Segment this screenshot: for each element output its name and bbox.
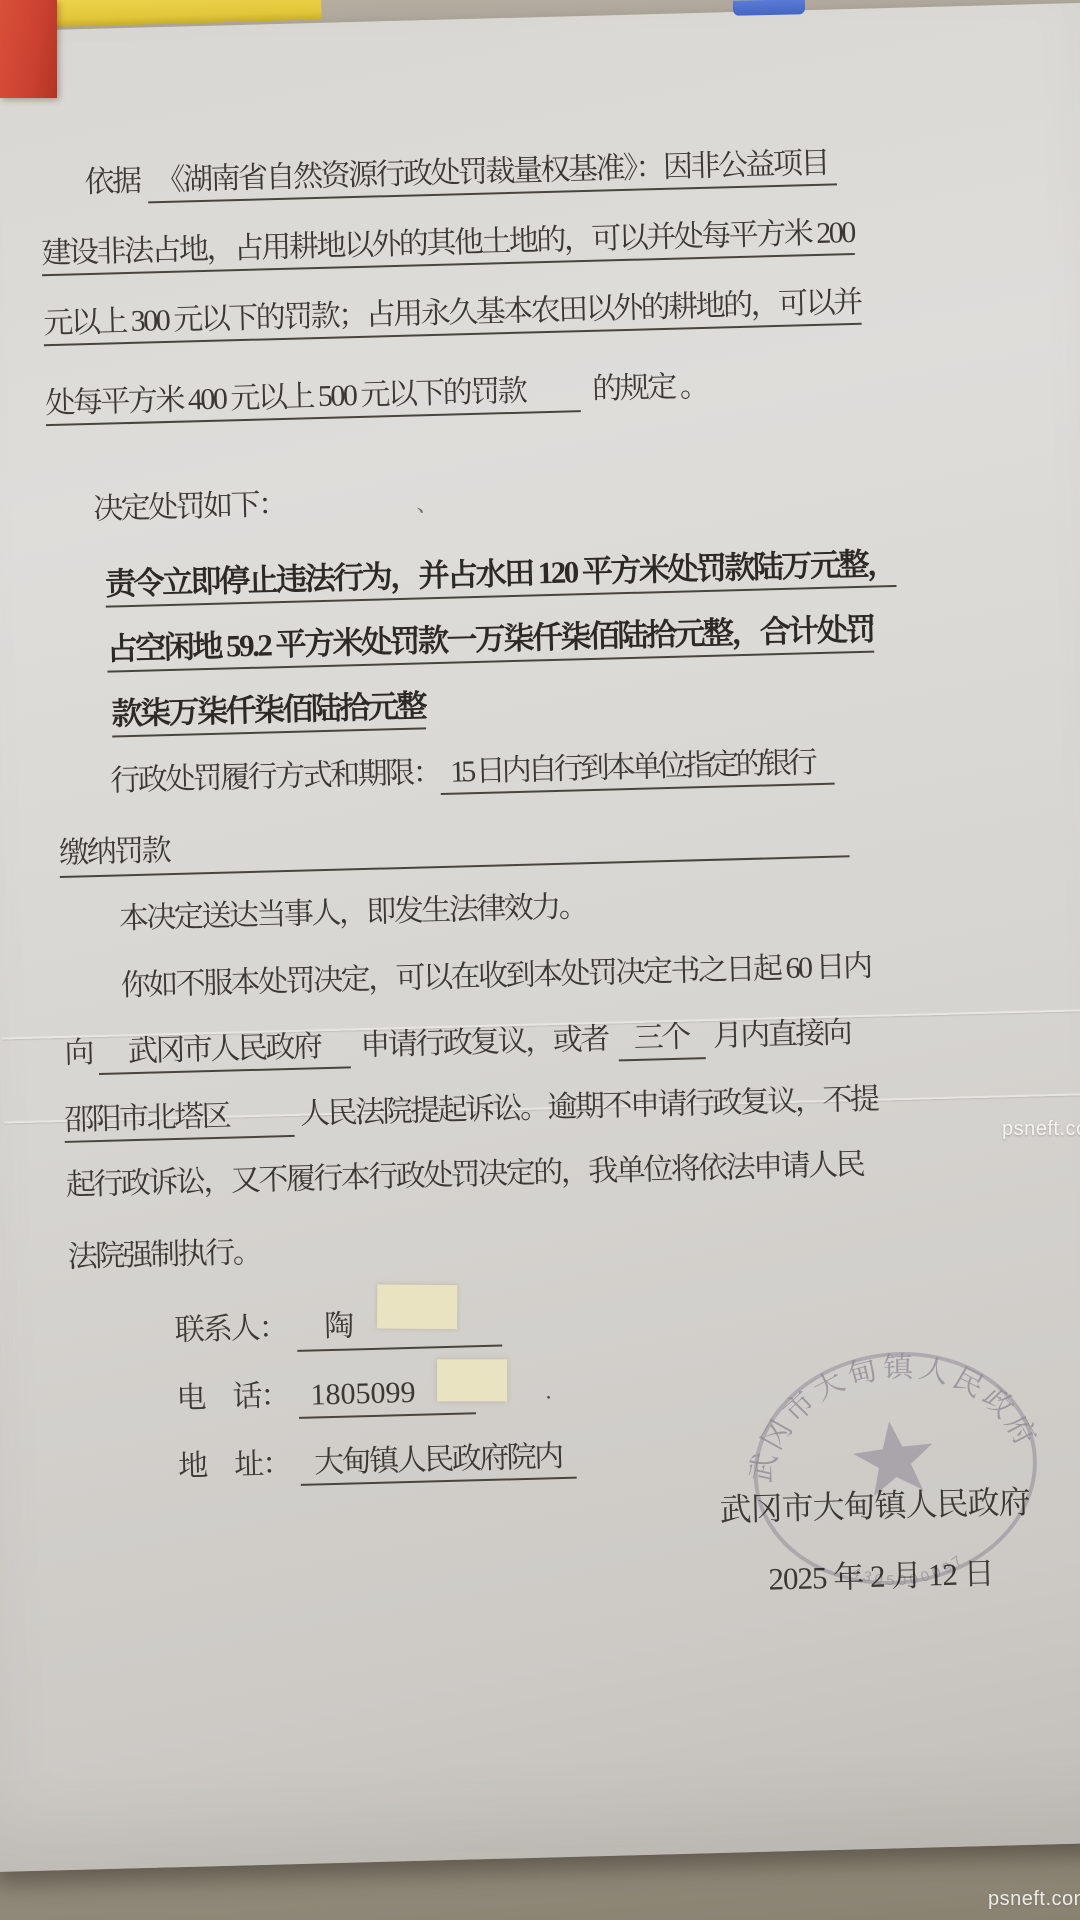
- clause-basis-line4: 处每平方米 400 元以上 500 元以下的罚款的规定 。: [45, 361, 708, 422]
- blue-object: [733, 0, 805, 16]
- penalty-text: 占空闲地 59.2 平方米处罚款一万柒仟柒佰陆拾元整，合计处罚: [106, 612, 874, 673]
- basis-citation: 《湖南省自然资源行政处罚裁量权基准》：因非公益项目: [147, 146, 836, 203]
- review-authority: 武冈市人民政府: [98, 1029, 351, 1075]
- appeal-pre: 向: [64, 1036, 92, 1070]
- contact-label: 联系人：: [174, 1311, 287, 1347]
- basis-text: 处每平方米 400 元以上 500 元以下的罚款: [45, 373, 581, 426]
- official-seal: 武冈市大甸镇人民政府 4305000097: [731, 1328, 1061, 1614]
- decision-heading: 决定处罚如下：: [93, 479, 287, 528]
- address-label: 地 址：: [178, 1447, 291, 1483]
- basis-label: 依据: [84, 165, 140, 199]
- watermark: psneft.com: [988, 1888, 1080, 1911]
- photo-scene: { "doc": { "l1_label": "依据", "l1_value":…: [0, 0, 1080, 1920]
- payment-line: 缴纳罚款: [59, 807, 850, 878]
- svg-text:4305000097: 4305000097: [847, 1550, 971, 1596]
- basis-text: 元以上 300 元以下的罚款；占用永久基本农田以外的耕地的，可以并: [43, 286, 861, 346]
- phone-tail-dot: .: [545, 1378, 549, 1404]
- basis-tail: 的规定 。: [592, 370, 708, 406]
- effect-line: 本决定送达当事人，即发生法律效力。: [118, 881, 586, 937]
- appeal-line4: 起行政诉讼，又不履行本行政处罚决定的，我单位将依法申请人民: [65, 1139, 863, 1204]
- performance-value: 15 日内自行到本单位指定的银行: [440, 746, 834, 795]
- penalty-line1: 责令立即停止违法行为，并占水田 120 平方米处罚款陆万元整，: [105, 538, 896, 604]
- redaction-tape: [437, 1359, 507, 1401]
- payment-text: 缴纳罚款: [59, 807, 850, 878]
- penalty-text: 款柒万柒仟柒佰陆拾元整: [111, 688, 425, 737]
- appeal-rest: 人民法院提起诉讼。逾期不申请行政复议，不提: [300, 1083, 878, 1131]
- appeal-post: 月内直接向: [712, 1016, 850, 1053]
- penalty-line3: 款柒万柒仟柒佰陆拾元整: [111, 680, 426, 733]
- seal-star-icon: [850, 1416, 939, 1498]
- phone-label: 电 话：: [176, 1379, 289, 1415]
- clause-basis-line1: 依据《湖南省自然资源行政处罚裁量权基准》：因非公益项目: [84, 137, 836, 201]
- appeal-line5: 法院强制执行。: [67, 1227, 261, 1276]
- appeal-line1: 你如不服本处罚决定，可以在收到本处罚决定书之日起 60 日内: [120, 941, 871, 1005]
- redaction-tape: [377, 1284, 457, 1329]
- court-name: 邵阳市北塔区: [64, 1098, 295, 1143]
- pen-mark: 、: [416, 487, 439, 519]
- document-content: 依据《湖南省自然资源行政处罚裁量权基准》：因非公益项目 建设非法占地，占用耕地以…: [35, 0, 944, 1900]
- penalty-text: 责令立即停止违法行为，并占水田 120 平方米处罚款陆万元整，: [105, 546, 896, 608]
- performance-line: 行政处罚履行方式和期限：15 日内自行到本单位指定的银行: [110, 737, 834, 800]
- penalty-line2: 占空闲地 59.2 平方米处罚款一万柒仟柒佰陆拾元整，合计处罚: [106, 604, 874, 669]
- lawsuit-period: 三个: [617, 1020, 705, 1061]
- red-object: [0, 0, 57, 98]
- watermark: psneft.com: [1002, 1118, 1080, 1141]
- seal-serial-number: 4305000097: [847, 1550, 971, 1596]
- address-value: 大甸镇人民政府院内: [300, 1440, 576, 1486]
- appeal-line3: 邵阳市北塔区人民法院提起诉讼。逾期不申请行政复议，不提: [64, 1074, 878, 1139]
- address-line: 地 址：大甸镇人民政府院内: [178, 1431, 577, 1485]
- clause-basis-line3: 元以上 300 元以下的罚款；占用永久基本农田以外的耕地的，可以并: [43, 277, 861, 342]
- appeal-mid: 申请行政复议，或者: [360, 1023, 608, 1062]
- appeal-line2: 向武冈市人民政府申请行政复议，或者三个月内直接向: [64, 1007, 851, 1072]
- document-paper: 依据《湖南省自然资源行政处罚裁量权基准》：因非公益项目 建设非法占地，占用耕地以…: [0, 3, 1080, 1872]
- clause-basis-line2: 建设非法占地，占用耕地以外的其他土地的，可以并处每平方米 200: [41, 207, 854, 272]
- basis-text: 建设非法占地，占用耕地以外的其他土地的，可以并处每平方米 200: [41, 216, 854, 276]
- seal-graphic: 武冈市大甸镇人民政府 4305000097: [731, 1328, 1061, 1614]
- performance-label: 行政处罚履行方式和期限：: [110, 756, 441, 798]
